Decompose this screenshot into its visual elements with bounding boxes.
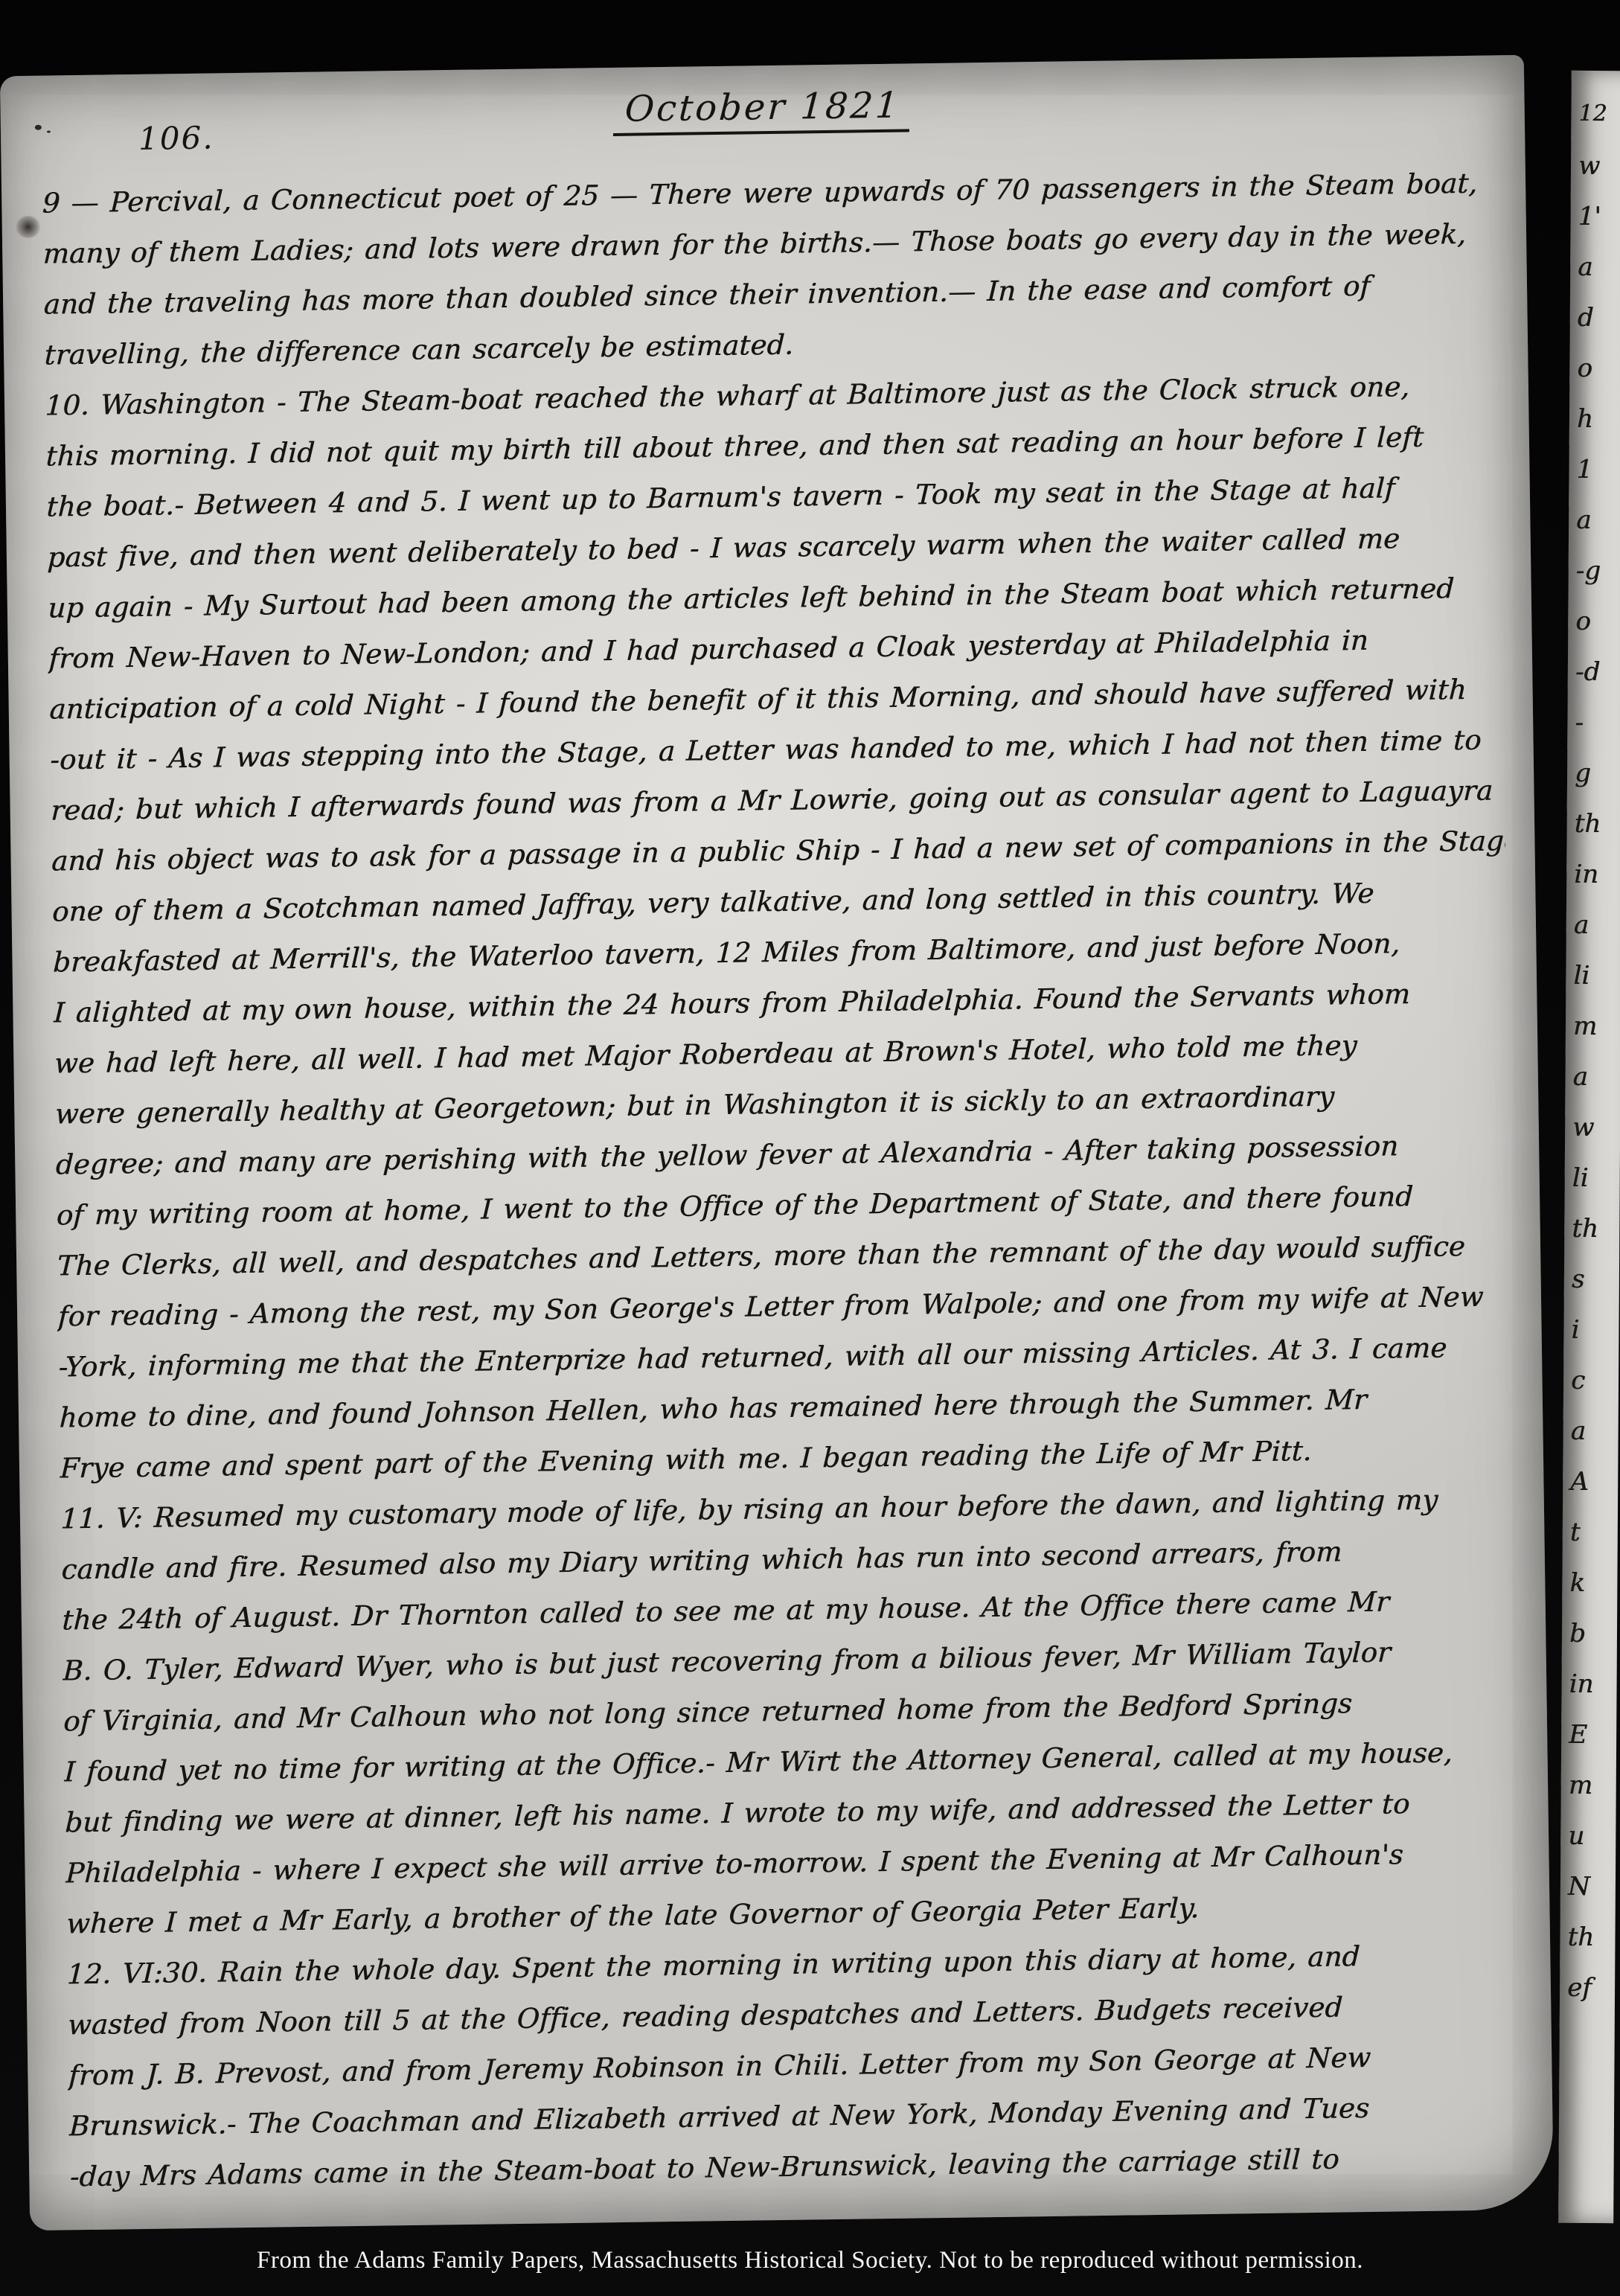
- month-header: October 1821: [0, 76, 1525, 145]
- edge-fragment: a: [1569, 505, 1620, 556]
- edge-fragment: ef: [1560, 1973, 1615, 2024]
- edge-fragment: t: [1563, 1518, 1618, 1568]
- edge-fragment: o: [1568, 607, 1620, 657]
- edge-fragment: in: [1566, 860, 1620, 910]
- edge-fragment: w: [1565, 1113, 1620, 1163]
- edge-fragment: 12: [1571, 100, 1620, 151]
- edge-fragment: a: [1566, 910, 1620, 961]
- edge-fragment: w: [1571, 151, 1620, 202]
- edge-fragment: -: [1567, 708, 1620, 758]
- edge-fragment: li: [1564, 1163, 1619, 1214]
- edge-fragment: u: [1560, 1821, 1616, 1872]
- edge-fragment: i: [1563, 1315, 1619, 1366]
- manuscript-page: 106. October 1821 9 — Percival, a Connec…: [0, 55, 1554, 2231]
- edge-fragment: m: [1566, 1011, 1620, 1062]
- edge-fragment: b: [1562, 1619, 1617, 1669]
- edge-fragment: g: [1567, 758, 1620, 809]
- edge-fragment: a: [1570, 252, 1620, 303]
- edge-fragment: a: [1563, 1416, 1618, 1467]
- edge-fragment: A: [1563, 1467, 1618, 1518]
- edge-fragment: o: [1569, 354, 1620, 404]
- caption-bar: From the Adams Family Papers, Massachuse…: [0, 2225, 1620, 2296]
- edge-fragment: c: [1563, 1366, 1619, 1416]
- edge-fragment: d: [1570, 303, 1620, 354]
- edge-fragment: s: [1564, 1264, 1619, 1315]
- edge-fragment: h: [1569, 404, 1620, 455]
- edge-fragment: 1': [1570, 202, 1620, 252]
- edge-fragment: 1: [1569, 455, 1620, 505]
- edge-fragment: -g: [1568, 556, 1620, 607]
- facing-page-edge: 12w1'adoh1a-go-d-gthinalimawlithsicaAtkb…: [1558, 71, 1620, 2223]
- edge-fragment: m: [1560, 1771, 1616, 1821]
- scan-background: 106. October 1821 9 — Percival, a Connec…: [0, 0, 1620, 2296]
- edge-fragment: E: [1561, 1720, 1616, 1771]
- edge-fragment: in: [1561, 1669, 1616, 1720]
- edge-fragment: th: [1566, 809, 1620, 860]
- ink-speck: [16, 216, 41, 238]
- edge-fragment: th: [1560, 1922, 1615, 1973]
- month-header-text: October 1821: [613, 84, 912, 136]
- edge-fragment: li: [1566, 961, 1620, 1011]
- edge-fragment: a: [1565, 1062, 1620, 1113]
- diary-text: 9 — Percival, a Connecticut poet of 25 —…: [42, 167, 1524, 2211]
- edge-fragment: -d: [1568, 657, 1620, 708]
- archive-caption: From the Adams Family Papers, Massachuse…: [257, 2247, 1363, 2274]
- edge-fragment: th: [1564, 1214, 1619, 1264]
- edge-fragment: k: [1562, 1568, 1617, 1619]
- edge-fragment: N: [1560, 1872, 1616, 1922]
